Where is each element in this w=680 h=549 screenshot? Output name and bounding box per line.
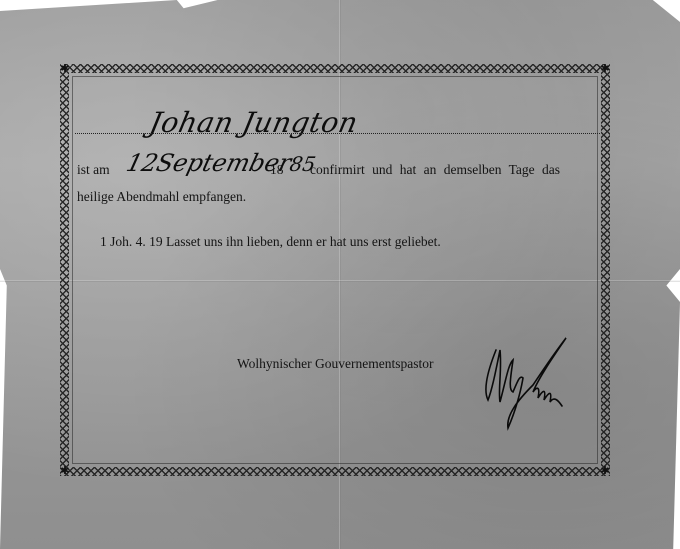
corner-star-icon: ✱ (600, 64, 610, 74)
bible-verse: 1 Joh. 4. 19 Lasset uns ihn lieben, denn… (100, 234, 441, 250)
line1-suffix: confirmirt und hat an demselben Tage das (310, 162, 560, 178)
line1-prefix: ist am (77, 162, 110, 178)
confirmand-name: Johan Jungton (146, 106, 361, 139)
corner-star-icon: ✱ (600, 466, 610, 476)
corner-star-icon: ✱ (60, 64, 70, 74)
corner-star-icon: ✱ (60, 466, 70, 476)
line2-text: heilige Abendmahl empfangen. (77, 189, 246, 205)
name-dotted-line (75, 133, 600, 134)
signature (478, 330, 578, 440)
signatory-title: Wolhynischer Gouvernementspastor (237, 356, 434, 372)
printed-year-prefix: 18 (270, 162, 284, 178)
